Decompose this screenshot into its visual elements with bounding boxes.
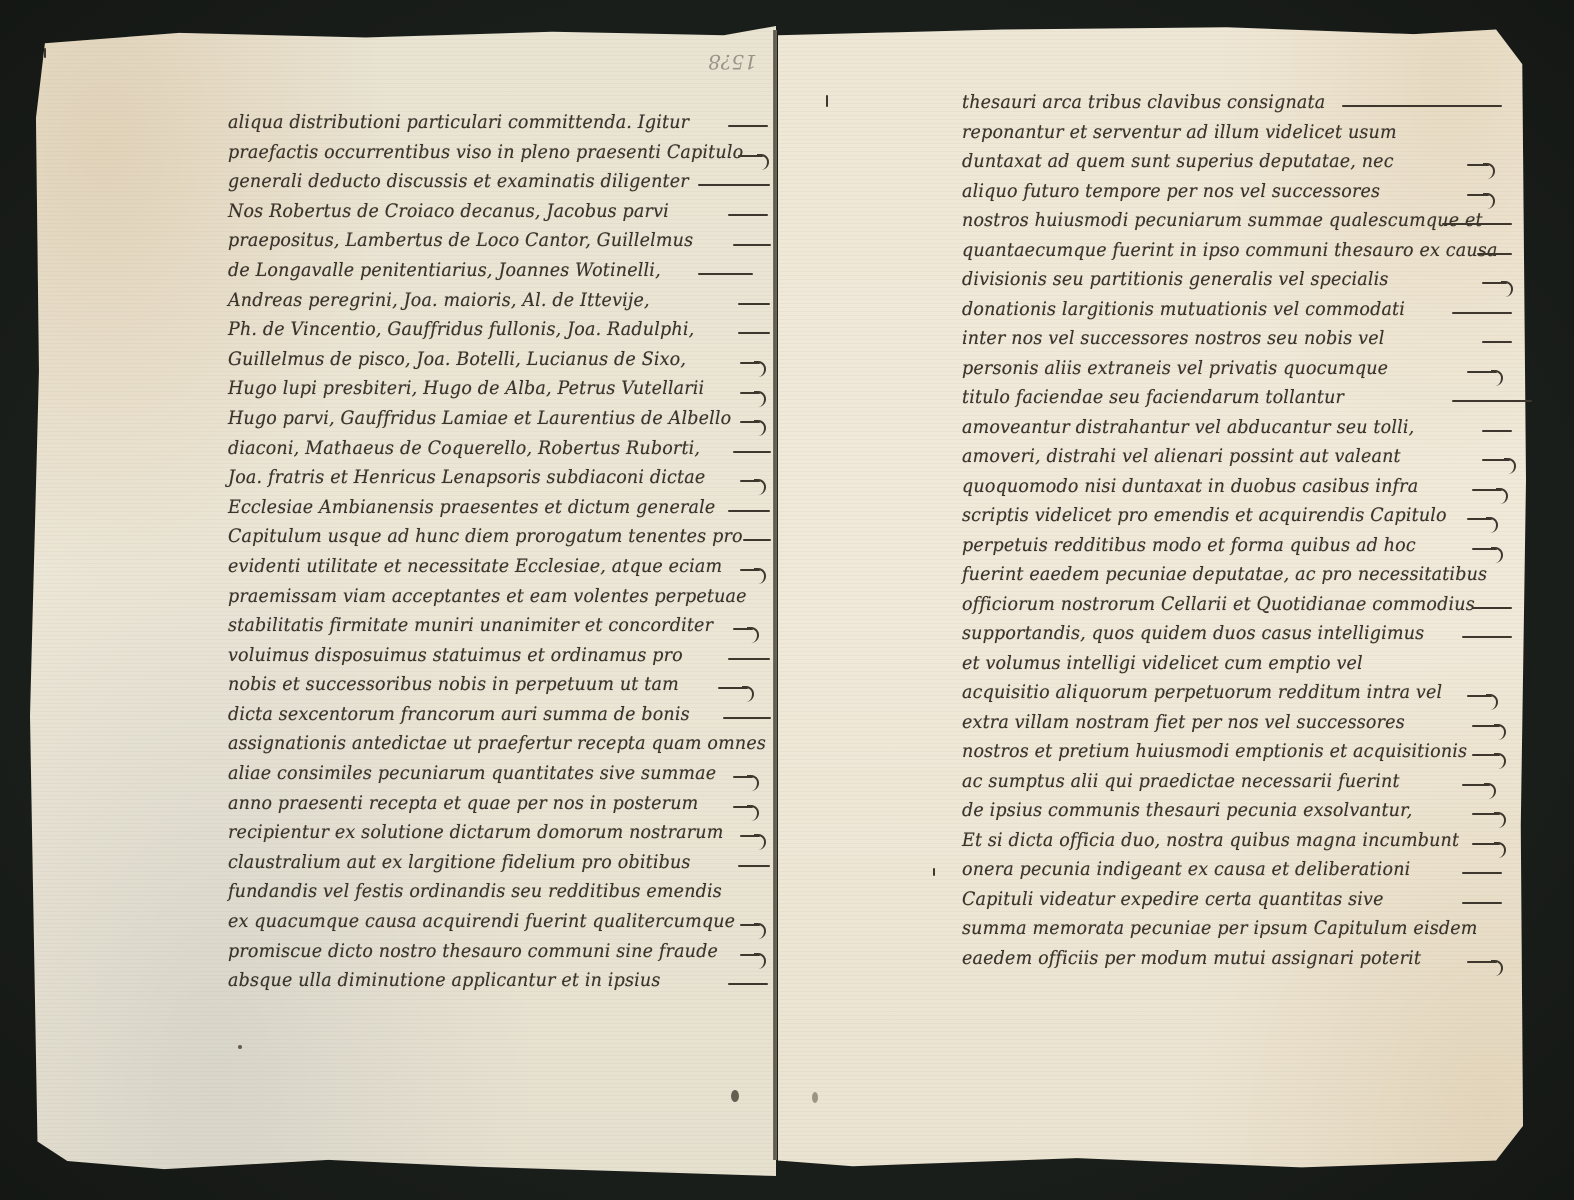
manuscript-line: Ph. de Vincentio, Gauffridus fullonis, J… bbox=[228, 315, 813, 345]
manuscript-line: quantaecumque fuerint in ipso communi th… bbox=[962, 236, 1544, 266]
line-filler-stroke bbox=[733, 776, 753, 778]
line-filler-stroke bbox=[1482, 430, 1512, 432]
manuscript-line: eaedem officiis per modum mutui assignar… bbox=[962, 944, 1544, 974]
manuscript-line: amoveri, distrahi vel alienari possint a… bbox=[962, 442, 1544, 472]
manuscript-line: Capituli videatur expedire certa quantit… bbox=[962, 885, 1544, 915]
right-page-text: thesauri arca tribus clavibus consignata… bbox=[962, 88, 1544, 973]
line-filler-stroke bbox=[1462, 784, 1490, 786]
line-filler-stroke bbox=[723, 717, 771, 719]
line-filler-stroke bbox=[728, 510, 770, 512]
manuscript-line: evidenti utilitate et necessitate Eccles… bbox=[228, 552, 813, 582]
manuscript-line: divisionis seu partitionis generalis vel… bbox=[962, 265, 1544, 295]
line-filler-stroke bbox=[1467, 371, 1497, 373]
line-filler-stroke bbox=[1452, 312, 1512, 314]
line-filler-stroke bbox=[1482, 459, 1510, 461]
manuscript-line: nostros et pretium huiusmodi emptionis e… bbox=[962, 737, 1544, 767]
manuscript-line: duntaxat ad quem sunt superius deputatae… bbox=[962, 147, 1544, 177]
manuscript-line: personis aliis extraneis vel privatis qu… bbox=[962, 354, 1544, 384]
line-filler-stroke bbox=[728, 983, 768, 985]
manuscript-line: supportandis, quos quidem duos casus int… bbox=[962, 619, 1544, 649]
line-filler-stroke bbox=[1472, 725, 1500, 727]
manuscript-line: praefactis occurrentibus viso in pleno p… bbox=[228, 138, 813, 168]
margin-mark-right-top bbox=[826, 95, 828, 107]
manuscript-line: anno praesenti recepta et quae per nos i… bbox=[228, 789, 813, 819]
manuscript-line: reponantur et serventur ad illum videlic… bbox=[962, 118, 1544, 148]
line-filler-stroke bbox=[1462, 636, 1512, 638]
margin-mark-right-mid bbox=[933, 868, 935, 876]
margin-mark-left-top bbox=[44, 48, 46, 58]
manuscript-line: et volumus intelligi videlicet cum empti… bbox=[962, 649, 1544, 679]
manuscript-line: onera pecunia indigeant ex causa et deli… bbox=[962, 855, 1544, 885]
manuscript-line: Ecclesiae Ambianensis praesentes et dict… bbox=[228, 493, 813, 523]
ink-stain-spine-right bbox=[812, 1092, 818, 1103]
manuscript-line: praemissam viam acceptantes et eam volen… bbox=[228, 582, 813, 612]
line-filler-stroke bbox=[1467, 518, 1492, 520]
manuscript-line: Joa. fratris et Henricus Lenapsoris subd… bbox=[228, 463, 813, 493]
line-filler-stroke bbox=[1452, 400, 1532, 402]
manuscript-line: thesauri arca tribus clavibus consignata bbox=[962, 88, 1544, 118]
manuscript-line: nostros huiusmodi pecuniarum summae qual… bbox=[962, 206, 1544, 236]
line-filler-stroke bbox=[740, 569, 760, 571]
manuscript-line: claustralium aut ex largitione fidelium … bbox=[228, 848, 813, 878]
manuscript-line: nobis et successoribus nobis in perpetuu… bbox=[228, 670, 813, 700]
folio-number: 15?8 bbox=[708, 50, 757, 74]
line-filler-stroke bbox=[740, 421, 760, 423]
manuscript-line: absque ulla diminutione applicantur et i… bbox=[228, 966, 813, 996]
manuscript-line: acquisitio aliquorum perpetuorum redditu… bbox=[962, 678, 1544, 708]
line-filler-stroke bbox=[1472, 843, 1500, 845]
line-filler-stroke bbox=[1482, 282, 1507, 284]
line-filler-stroke bbox=[1342, 105, 1502, 107]
line-filler-stroke bbox=[1467, 695, 1492, 697]
line-filler-stroke bbox=[740, 480, 760, 482]
line-filler-stroke bbox=[728, 214, 768, 216]
manuscript-line: officiorum nostrorum Cellarii et Quotidi… bbox=[962, 590, 1544, 620]
manuscript-line: extra villam nostram fiet per nos vel su… bbox=[962, 708, 1544, 738]
line-filler-stroke bbox=[740, 362, 760, 364]
ink-stain-spine-left bbox=[731, 1090, 739, 1102]
manuscript-line: donationis largitionis mutuationis vel c… bbox=[962, 295, 1544, 325]
manuscript-line: ac sumptus alii qui praedictae necessari… bbox=[962, 767, 1544, 797]
manuscript-line: recipientur ex solutione dictarum domoru… bbox=[228, 818, 813, 848]
manuscript-line: stabilitatis firmitate muniri unanimiter… bbox=[228, 611, 813, 641]
line-filler-stroke bbox=[740, 924, 760, 926]
line-filler-stroke bbox=[1462, 872, 1502, 874]
line-filler-stroke bbox=[743, 539, 771, 541]
manuscript-line: amoveantur distrahantur vel abducantur s… bbox=[962, 413, 1544, 443]
line-filler-stroke bbox=[1472, 607, 1512, 609]
line-filler-stroke bbox=[1467, 194, 1489, 196]
line-filler-stroke bbox=[728, 658, 770, 660]
line-filler-stroke bbox=[728, 125, 768, 127]
line-filler-stroke bbox=[740, 392, 760, 394]
line-filler-stroke bbox=[698, 184, 770, 186]
manuscript-line: Hugo lupi presbiteri, Hugo de Alba, Petr… bbox=[228, 374, 813, 404]
manuscript-line: Guillelmus de pisco, Joa. Botelli, Lucia… bbox=[228, 345, 813, 375]
ink-dot-left-bottom bbox=[238, 1045, 242, 1049]
manuscript-line: scriptis videlicet pro emendis et acquir… bbox=[962, 501, 1544, 531]
manuscript-line: aliqua distributioni particulari committ… bbox=[228, 108, 813, 138]
line-filler-stroke bbox=[733, 244, 771, 246]
manuscript-line: titulo faciendae seu faciendarum tollant… bbox=[962, 383, 1544, 413]
manuscript-line: summa memorata pecuniae per ipsum Capitu… bbox=[962, 914, 1544, 944]
manuscript-line: assignationis antedictae ut praefertur r… bbox=[228, 729, 813, 759]
line-filler-stroke bbox=[740, 954, 760, 956]
manuscript-line: Andreas peregrini, Joa. maioris, Al. de … bbox=[228, 286, 813, 316]
line-filler-stroke bbox=[1472, 489, 1502, 491]
line-filler-stroke bbox=[718, 687, 748, 689]
manuscript-line: aliae consimiles pecuniarum quantitates … bbox=[228, 759, 813, 789]
manuscript-line: inter nos vel successores nostros seu no… bbox=[962, 324, 1544, 354]
line-filler-stroke bbox=[738, 155, 763, 157]
line-filler-stroke bbox=[738, 865, 770, 867]
line-filler-stroke bbox=[698, 273, 753, 275]
manuscript-line: perpetuis redditibus modo et forma quibu… bbox=[962, 531, 1544, 561]
line-filler-stroke bbox=[1472, 548, 1497, 550]
line-filler-stroke bbox=[1467, 961, 1497, 963]
line-filler-stroke bbox=[1482, 341, 1512, 343]
line-filler-stroke bbox=[738, 332, 770, 334]
manuscript-line: Capitulum usque ad hunc diem prorogatum … bbox=[228, 522, 813, 552]
line-filler-stroke bbox=[1472, 754, 1500, 756]
line-filler-stroke bbox=[740, 835, 760, 837]
manuscript-line: aliquo futuro tempore per nos vel succes… bbox=[962, 177, 1544, 207]
manuscript-line: praepositus, Lambertus de Loco Cantor, G… bbox=[228, 226, 813, 256]
manuscript-line: voluimus disposuimus statuimus et ordina… bbox=[228, 641, 813, 671]
manuscript-line: fuerint eaedem pecuniae deputatae, ac pr… bbox=[962, 560, 1544, 590]
line-filler-stroke bbox=[1472, 813, 1500, 815]
line-filler-stroke bbox=[733, 628, 753, 630]
line-filler-stroke bbox=[733, 451, 771, 453]
line-filler-stroke bbox=[733, 806, 753, 808]
manuscript-line: ex quacumque causa acquirendi fuerint qu… bbox=[228, 907, 813, 937]
left-page-text: aliqua distributioni particulari committ… bbox=[228, 108, 813, 996]
manuscript-line: diaconi, Mathaeus de Coquerello, Robertu… bbox=[228, 434, 813, 464]
line-filler-stroke bbox=[1477, 253, 1512, 255]
manuscript-line: Hugo parvi, Gauffridus Lamiae et Laurent… bbox=[228, 404, 813, 434]
manuscript-line: promiscue dicto nostro thesauro communi … bbox=[228, 937, 813, 967]
manuscript-line: de ipsius communis thesauri pecunia exso… bbox=[962, 796, 1544, 826]
manuscript-line: de Longavalle penitentiarius, Joannes Wo… bbox=[228, 256, 813, 286]
manuscript-line: generali deducto discussis et examinatis… bbox=[228, 167, 813, 197]
line-filler-stroke bbox=[1442, 223, 1512, 225]
manuscript-line: Nos Robertus de Croiaco decanus, Jacobus… bbox=[228, 197, 813, 227]
line-filler-stroke bbox=[738, 303, 770, 305]
manuscript-line: Et si dicta officia duo, nostra quibus m… bbox=[962, 826, 1544, 856]
line-filler-stroke bbox=[1462, 902, 1502, 904]
manuscript-line: fundandis vel festis ordinandis seu redd… bbox=[228, 877, 813, 907]
manuscript-line: quoquomodo nisi duntaxat in duobus casib… bbox=[962, 472, 1544, 502]
line-filler-stroke bbox=[1467, 164, 1489, 166]
manuscript-line: dicta sexcentorum francorum auri summa d… bbox=[228, 700, 813, 730]
